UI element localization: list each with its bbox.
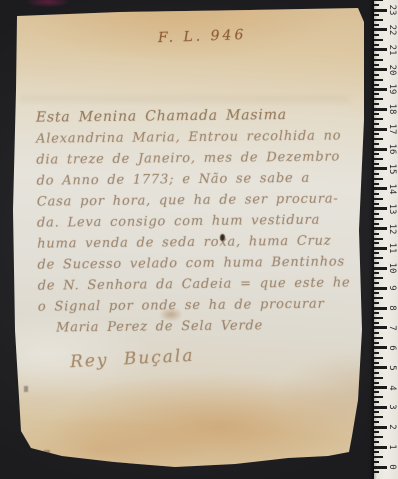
ink-speck (44, 450, 50, 454)
ruler-number: 19 (386, 82, 398, 96)
ruler-tick (374, 153, 379, 155)
ruler-tick (374, 436, 383, 438)
ruler-tick (374, 352, 379, 354)
ruler-tick (374, 183, 379, 185)
ruler-tick (374, 431, 379, 433)
ruler-tick (374, 123, 379, 125)
ruler-tick (374, 297, 383, 299)
ruler-tick (374, 372, 379, 374)
ruler-tick (374, 138, 383, 140)
ruler-number: 5 (386, 361, 398, 375)
ruler-tick (374, 44, 379, 46)
ruler-number: 1 (386, 440, 398, 454)
ruler-tick (374, 113, 379, 115)
ruler-tick (374, 93, 379, 95)
ruler-number: 17 (386, 122, 398, 136)
ruler-number: 2 (386, 420, 398, 434)
ruler-number: 0 (386, 460, 398, 474)
ruler-tick (374, 64, 379, 66)
ruler-number: 15 (386, 162, 398, 176)
ruler-tick (374, 252, 379, 254)
ruler-tick (374, 411, 379, 413)
ruler-tick (374, 441, 379, 443)
ruler-number: 20 (386, 63, 398, 77)
ruler-tick (374, 342, 379, 344)
ruler-tick (374, 34, 379, 36)
ruler-tick (374, 262, 379, 264)
ruler-tick (374, 272, 379, 274)
archival-number: F. L. 946 (158, 26, 278, 46)
ruler-tick (374, 292, 379, 294)
ruler-number: 6 (386, 341, 398, 355)
ruler-tick (374, 362, 379, 364)
ruler-tick (374, 0, 383, 1)
ruler-tick (374, 24, 379, 26)
ruler-tick (374, 416, 383, 418)
measuring-ruler: 23222120191817161514131211109876543210 (374, 0, 398, 479)
ruler-tick (374, 322, 379, 324)
ruler-tick (374, 257, 383, 259)
manuscript-paper: F. L. 946 Esta Menina Chamada MasimaAlex… (0, 0, 398, 479)
ruler-tick (374, 143, 379, 145)
ruler-tick (374, 282, 379, 284)
ruler-tick (374, 4, 379, 6)
ruler-number: 3 (386, 400, 398, 414)
ruler-tick (374, 456, 383, 458)
ruler-tick (374, 14, 379, 16)
ruler-tick (374, 401, 379, 403)
ruler-tick (374, 312, 379, 314)
ruler-tick (374, 451, 379, 453)
ruler-tick (374, 19, 383, 21)
ruler-tick (374, 223, 379, 225)
ruler-number: 9 (386, 281, 398, 295)
ink-speck (24, 386, 28, 392)
ruler-tick (374, 471, 379, 473)
ruler-tick (374, 213, 379, 215)
ruler-tick (374, 218, 383, 220)
ruler-tick (374, 238, 383, 240)
ruler-tick (374, 59, 383, 61)
ruler-tick (374, 203, 379, 205)
handwritten-line: Maria Perez de Sela Verde (38, 314, 350, 338)
ruler-tick (374, 173, 379, 175)
ruler-tick (374, 198, 383, 200)
ruler-tick (374, 332, 379, 334)
ruler-tick (374, 396, 383, 398)
ruler-tick (374, 98, 383, 100)
ruler-tick (374, 382, 379, 384)
handwritten-line: o Signal por onde se ha de procurar (38, 293, 350, 317)
ruler-tick (374, 74, 379, 76)
ruler-number: 16 (386, 142, 398, 156)
ruler-number: 22 (386, 23, 398, 37)
ruler-tick (374, 118, 383, 120)
ruler-tick (374, 103, 379, 105)
ruler-tick (374, 461, 379, 463)
ruler-tick (374, 163, 379, 165)
ruler-tick (374, 158, 383, 160)
ruler-number: 8 (386, 301, 398, 315)
ruler-tick (374, 233, 379, 235)
ruler-number: 4 (386, 381, 398, 395)
ruler-number: 7 (386, 321, 398, 335)
ruler-number: 13 (386, 202, 398, 216)
purple-stain (27, 0, 69, 7)
ruler-tick (374, 193, 379, 195)
ruler-number: 10 (386, 261, 398, 275)
ruler-tick (374, 79, 383, 81)
ruler-number: 18 (386, 102, 398, 116)
ruler-tick (374, 178, 383, 180)
ruler-tick (374, 391, 379, 393)
manuscript-photo: F. L. 946 Esta Menina Chamada MasimaAlex… (0, 0, 398, 479)
ruler-tick (374, 39, 383, 41)
ruler-number: 21 (386, 43, 398, 57)
ruler-number: 11 (386, 241, 398, 255)
ruler-tick (374, 377, 383, 379)
ruler-number: 12 (386, 222, 398, 236)
ruler-tick (374, 54, 379, 56)
ruler-tick (374, 317, 383, 319)
ruler-tick (374, 84, 379, 86)
ruler-tick (374, 421, 379, 423)
ruler-tick (374, 357, 383, 359)
ruler-tick (374, 133, 379, 135)
ruler-tick (374, 277, 383, 279)
ruler-tick (374, 302, 379, 304)
signature: Rey Buçala (70, 346, 195, 372)
ruler-number: 23 (386, 3, 398, 17)
ruler-number: 14 (386, 182, 398, 196)
letter-body: Esta Menina Chamada MasimaAlexandrina Ma… (36, 104, 350, 338)
ruler-tick (374, 242, 379, 244)
ruler-tick (374, 337, 383, 339)
